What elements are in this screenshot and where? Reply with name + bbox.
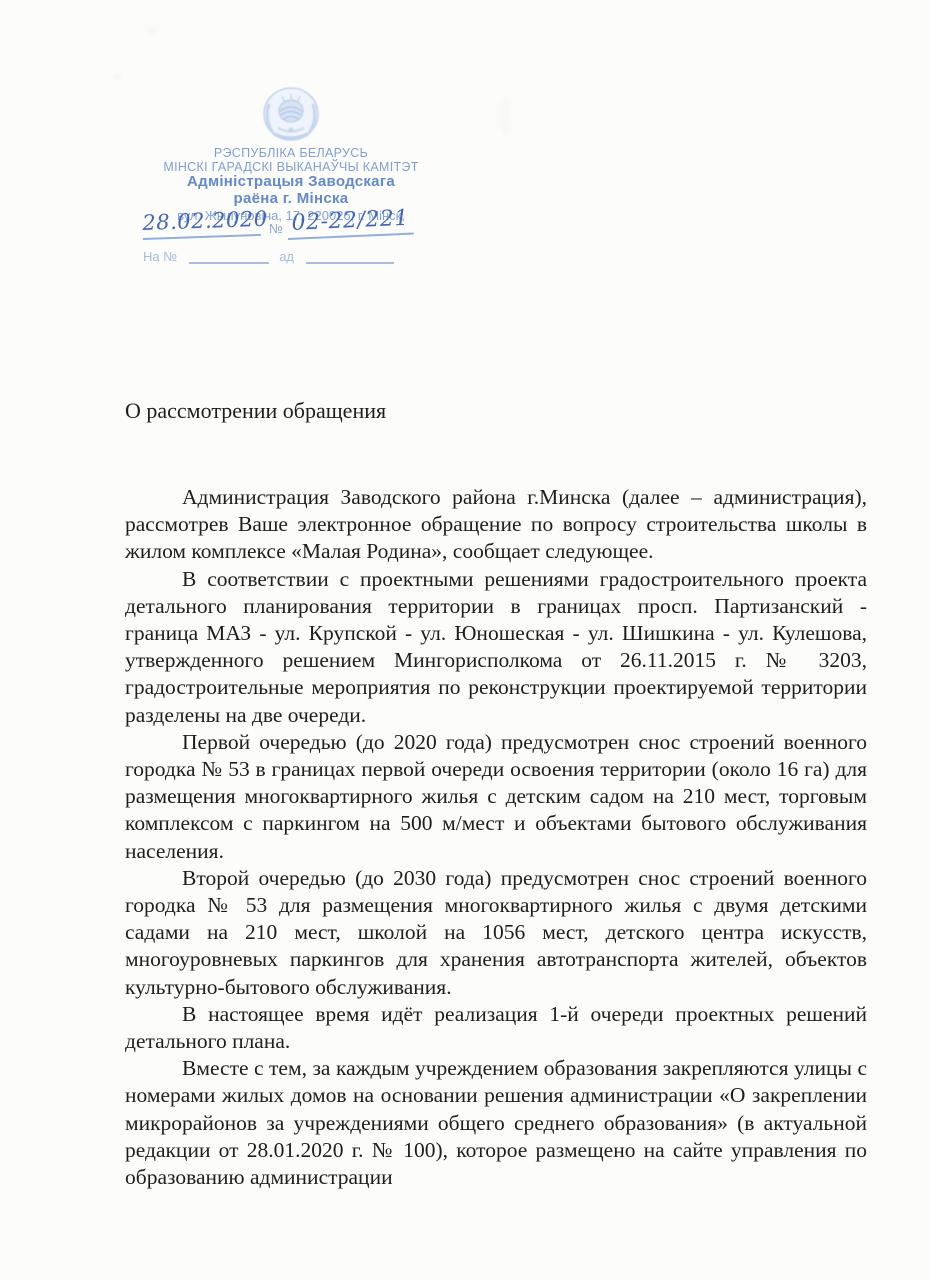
outgoing-reference-row: 28.02.2020 № 02-22/221 xyxy=(143,211,423,240)
incoming-number-label: На № xyxy=(143,249,177,264)
document-page: РЭСПУБЛІКА БЕЛАРУСЬ МІНСКІ ГАРАДСКІ ВЫКА… xyxy=(0,0,931,1280)
letterhead-country-line: РЭСПУБЛІКА БЕЛАРУСЬ xyxy=(150,146,432,160)
body-paragraph-5: В настоящее время идёт реализация 1-й оч… xyxy=(125,1001,867,1055)
blank-underline xyxy=(306,250,394,264)
handwritten-outgoing-date: 28.02.2020 xyxy=(142,207,261,240)
letterhead: РЭСПУБЛІКА БЕЛАРУСЬ МІНСКІ ГАРАДСКІ ВЫКА… xyxy=(150,86,432,223)
subject-line: О рассмотрении обращения xyxy=(125,398,386,424)
incoming-date-label: ад xyxy=(279,249,294,264)
body-paragraph-3: Первой очередью (до 2020 года) предусмот… xyxy=(125,729,867,865)
body-paragraph-6: Вместе с тем, за каждым учреждением обра… xyxy=(125,1055,867,1191)
letterhead-org-line-1: Адміністрацыя Заводскага xyxy=(150,174,432,191)
letterhead-org-line-2: раёна г. Мінска xyxy=(150,191,432,208)
scan-smudge xyxy=(148,28,156,34)
scan-smudge xyxy=(115,74,121,79)
blank-underline xyxy=(189,250,269,264)
letter-body: Администрация Заводского района г.Минска… xyxy=(125,484,867,1191)
reference-block: 28.02.2020 № 02-22/221 На № ад xyxy=(143,211,423,264)
number-sign-label: № xyxy=(269,221,283,236)
scan-smudge xyxy=(500,95,510,135)
belarus-state-emblem-icon xyxy=(260,86,322,144)
incoming-reference-row: На № ад xyxy=(143,249,423,264)
letterhead-committee-line: МІНСКІ ГАРАДСКІ ВЫКАНАЎЧЫ КАМІТЭТ xyxy=(150,160,432,174)
handwritten-outgoing-number: 02-22/221 xyxy=(287,206,414,240)
body-paragraph-2: В соответствии с проектными решениями гр… xyxy=(125,566,867,729)
body-paragraph-4: Второй очередью (до 2030 года) предусмот… xyxy=(125,865,867,1001)
body-paragraph-1: Администрация Заводского района г.Минска… xyxy=(125,484,867,566)
